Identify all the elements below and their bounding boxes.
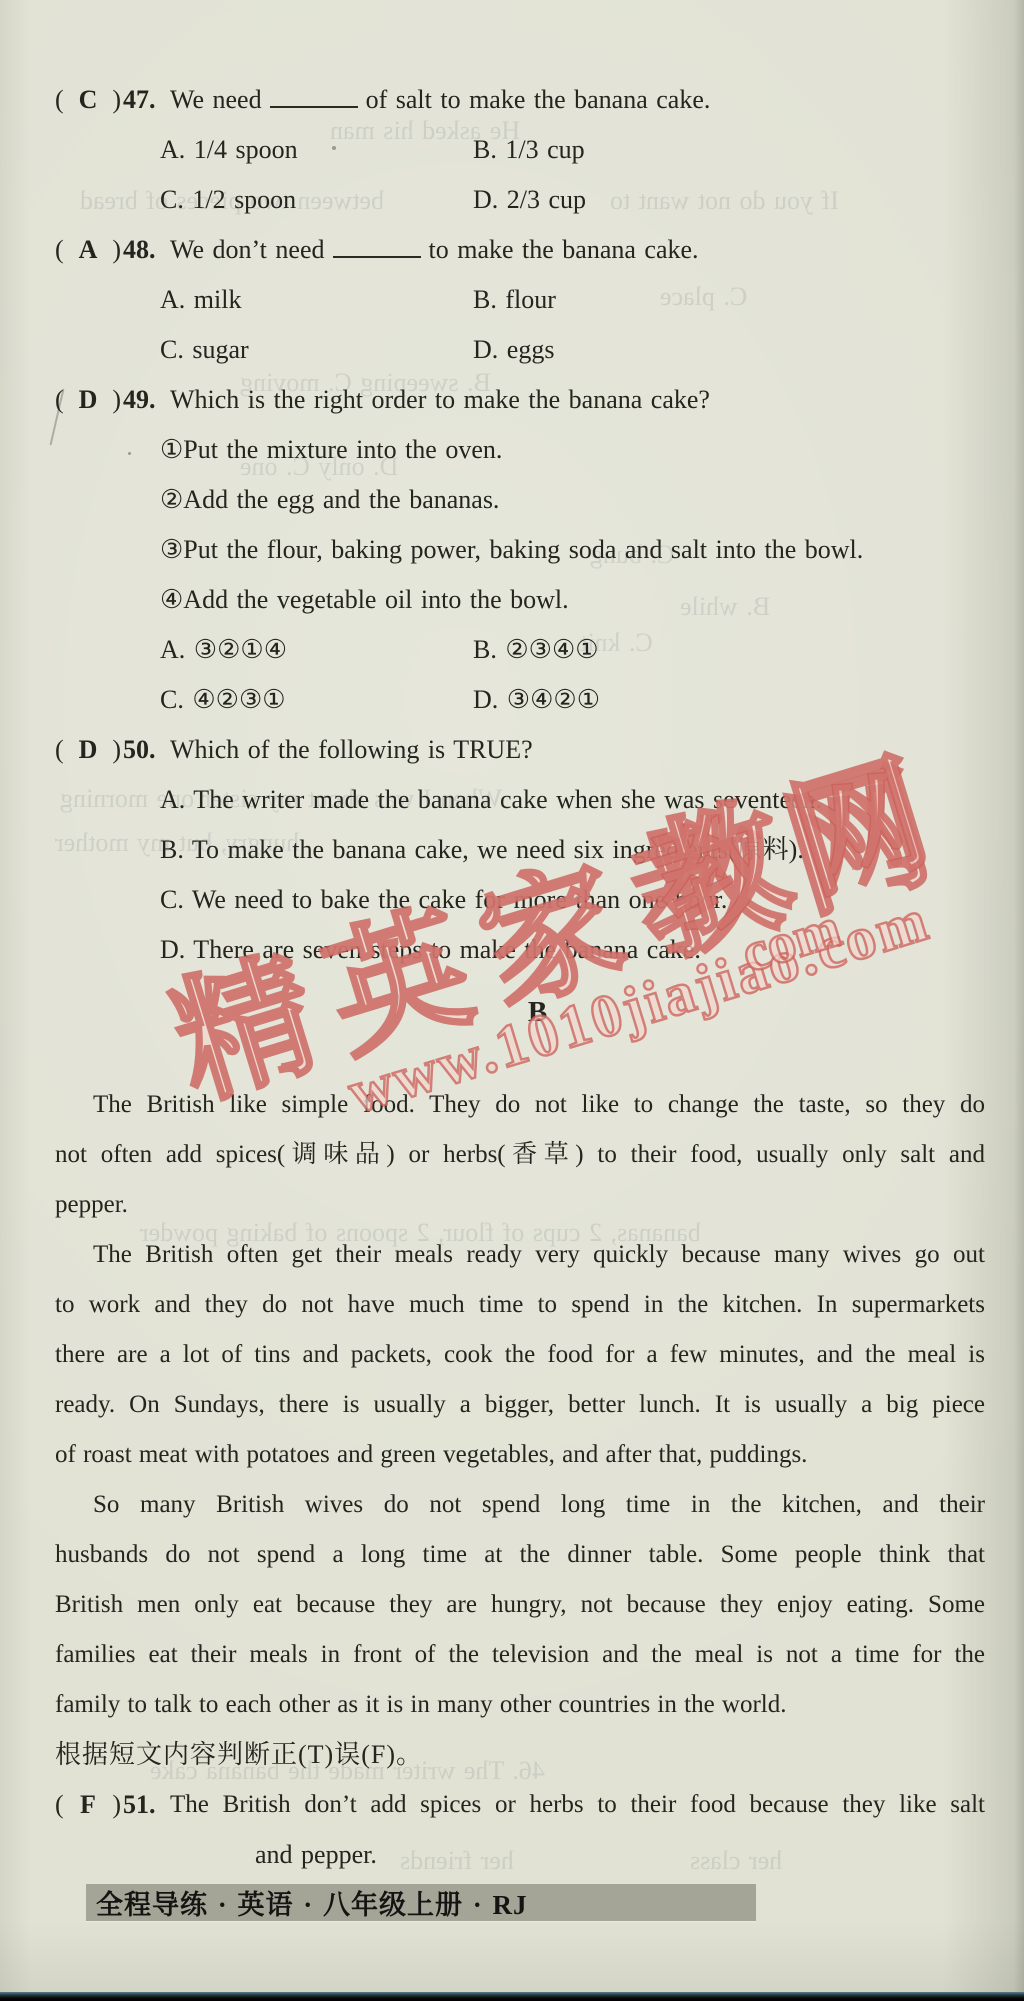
stem-text: Which of the following is TRUE? [170,725,985,775]
question-48-stem: A 48. We don’t needto make the banana ca… [55,225,985,275]
question-50-stem: D 50. Which of the following is TRUE? [55,725,985,775]
passage-line: family to talk to each other as it is in… [55,1680,985,1730]
scanned-workbook-page: He asked his man between two pieces of b… [0,0,1024,2001]
options-row: C. ④②③① D. ③④②① [55,675,985,725]
passage-line: pepper. [55,1180,985,1230]
passage-line: The British often get their meals ready … [55,1230,985,1280]
fill-blank [333,250,421,258]
answer-letter: C [79,75,98,125]
footer-series-bar: 全程导练 · 英语 · 八年级上册 · RJ [86,1884,756,1921]
options-row: A. milk B. flour [55,275,985,325]
ordered-step-4: ④Add the vegetable oil into the bowl. [55,575,985,625]
stem-after-blank: of salt to make the banana cake. [366,85,711,114]
ordered-step-2: ②Add the egg and the bananas. [55,475,985,525]
option-d: D. eggs [473,325,985,375]
passage-line: The British like simple food. They do no… [55,1080,985,1130]
stem-text: We needof salt to make the banana cake. [170,75,985,125]
answer-50: D [55,725,121,775]
options-row: A. ③②①④ B. ②③④① [55,625,985,675]
stem-before-blank: We don’t need [170,235,325,264]
question-number: 51. [121,1780,170,1830]
options-row: C. sugar D. eggs [55,325,985,375]
stem-text: Which is the right order to make the ban… [170,375,985,425]
passage-line: not often add spices(调味品) or herbs(香草) t… [55,1130,985,1180]
scan-bottom-edge [0,1992,1024,2001]
question-number: 49. [121,375,170,425]
option-a: A. ③②①④ [160,625,473,675]
option-a: A. milk [160,275,473,325]
fill-blank [270,100,358,108]
answer-48: A [55,225,121,275]
exercise-content: C 47. We needof salt to make the banana … [55,75,985,1880]
passage-line: of roast meat with potatoes and green ve… [55,1430,985,1480]
answer-letter: D [79,725,98,775]
options-row: C. 1/2 spoon D. 2/3 cup [55,175,985,225]
answer-letter: F [80,1780,96,1830]
question-51-stem: F 51. The British don’t add spices or he… [55,1780,985,1830]
option-c: C. We need to bake the cake for more tha… [55,875,985,925]
stem-after-blank: to make the banana cake. [429,235,699,264]
answer-letter: D [79,375,98,425]
option-a: A. The writer made the banana cake when … [55,775,985,825]
question-number: 50. [121,725,170,775]
stem-text: We don’t needto make the banana cake. [170,225,985,275]
passage-line: ready. On Sundays, there is usually a bi… [55,1380,985,1430]
stem-before-blank: We need [170,85,262,114]
passage-line: So many British wives do not spend long … [55,1480,985,1530]
option-b: B. To make the banana cake, we need six … [55,825,985,875]
option-c: C. 1/2 spoon [160,175,473,225]
answer-49: D [55,375,121,425]
option-c: C. ④②③① [160,675,473,725]
options-row: A. 1/4 spoon B. 1/3 cup [55,125,985,175]
answer-letter: A [79,225,98,275]
option-b: B. ②③④① [473,625,985,675]
passage-line: there are a lot of tins and packets, coo… [55,1330,985,1380]
option-b: B. 1/3 cup [473,125,985,175]
passage-line: British men only eat because they are hu… [55,1580,985,1630]
ordered-step-1: ①Put the mixture into the oven. [55,425,985,475]
footer-series-label: 全程导练 · 英语 · 八年级上册 · RJ [96,1883,528,1922]
question-49-stem: D 49. Which is the right order to make t… [55,375,985,425]
question-number: 48. [121,225,170,275]
passage-line: husbands do not spend a long time at the… [55,1530,985,1580]
option-c: C. sugar [160,325,473,375]
option-b: B. flour [473,275,985,325]
question-51-continuation: and pepper. [55,1830,985,1880]
question-47-stem: C 47. We needof salt to make the banana … [55,75,985,125]
passage-line: families eat their meals in front of the… [55,1630,985,1680]
question-number: 47. [121,75,170,125]
option-d: D. ③④②① [473,675,985,725]
option-d: D. 2/3 cup [473,175,985,225]
ordered-step-3: ③Put the flour, baking power, baking sod… [55,525,985,575]
section-b-heading: B [55,987,985,1037]
option-a: A. 1/4 spoon [160,125,473,175]
answer-51: F [55,1780,121,1830]
answer-47: C [55,75,121,125]
passage-line: to work and they do not have much time t… [55,1280,985,1330]
true-false-instruction: 根据短文内容判断正(T)误(F)。 [55,1730,985,1780]
option-d: D. There are seven steps to make the ban… [55,925,985,975]
stem-text: The British don’t add spices or herbs to… [170,1780,985,1830]
